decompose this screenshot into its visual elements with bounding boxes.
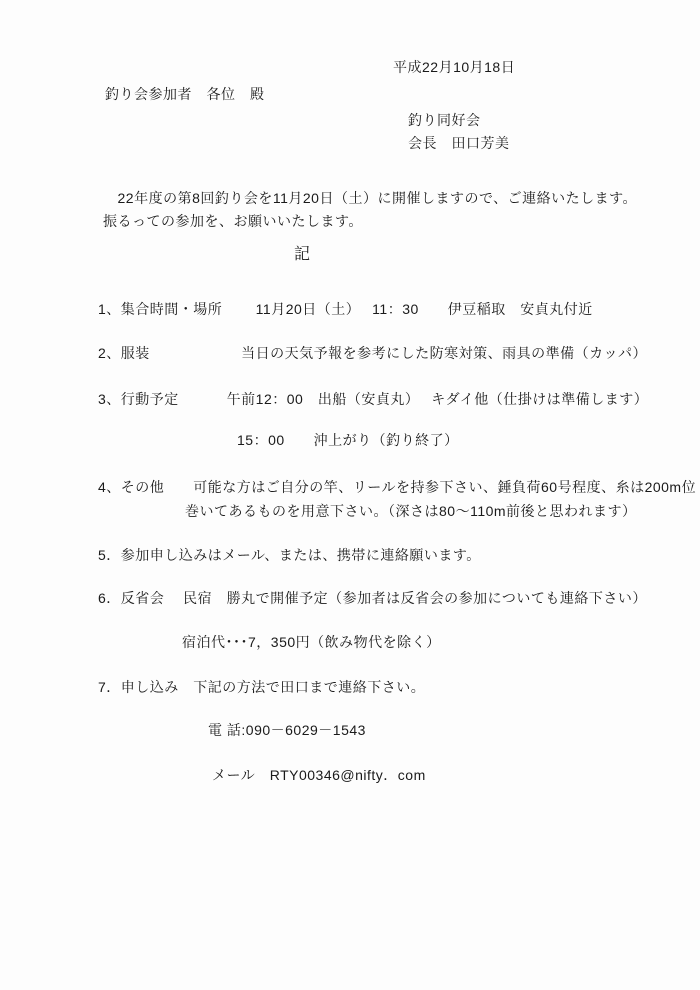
item-meeting-time-place: 1、集合時間・場所 11月20日（土） 11：30 伊豆稲取 安貞丸付近: [98, 301, 593, 318]
item-signup-contact: 7．申し込み 下記の方法で田口まで連絡下さい。: [98, 679, 425, 696]
item-lodging-fee: 宿泊代･･･7，350円（飲み物代を除く）: [182, 634, 441, 651]
email-label: メール: [212, 767, 270, 783]
email-address: RTY00346@nifty．com: [270, 767, 426, 783]
body-paragraph-line-2: 振るっての参加を、お願いいたします。: [103, 213, 363, 230]
email-line: メール RTY00346@nifty．com: [212, 767, 426, 784]
item-schedule-end: 15：00 沖上がり（釣り終了）: [237, 432, 459, 449]
phone-line: 電 話:090－6029－1543: [208, 722, 366, 739]
item-application-method: 5．参加申し込みはメール、または、携帯に連絡願います。: [98, 547, 481, 564]
body-paragraph-line-1: 22年度の第8回釣り会を11月20日（土）に開催しますので、ご連絡いたします。: [103, 190, 637, 207]
phone-label: 電 話:: [208, 722, 246, 738]
item-other-line-2: 巻いてあるものを用意下さい。（深さは80～110m前後と思われます）: [185, 503, 637, 520]
letter-document: 平成22月10月18日 釣り会参加者 各位 殿 釣り同好会 会長 田口芳美 22…: [0, 0, 700, 990]
recipient-line: 釣り会参加者 各位 殿: [105, 86, 265, 103]
sender-organization: 釣り同好会: [408, 112, 481, 129]
item-schedule: 3、行動予定 午前12：00 出船（安貞丸） キダイ他（仕掛けは準備します）: [98, 391, 648, 408]
date-line: 平成22月10月18日: [393, 59, 515, 76]
item-clothing: 2、服装 当日の天気予報を参考にした防寒対策、雨具の準備（カッパ）: [98, 345, 647, 362]
phone-number: 090－6029－1543: [246, 722, 366, 738]
item-review-meeting: 6．反省会 民宿 勝丸で開催予定（参加者は反省会の参加についても連絡下さい）: [98, 590, 647, 607]
notice-heading: 記: [294, 245, 311, 264]
item-other-line-1: 4、その他 可能な方はご自分の竿、リールを持参下さい、錘負荷60号程度、糸は20…: [98, 479, 696, 496]
sender-signature: 会長 田口芳美: [408, 135, 510, 152]
